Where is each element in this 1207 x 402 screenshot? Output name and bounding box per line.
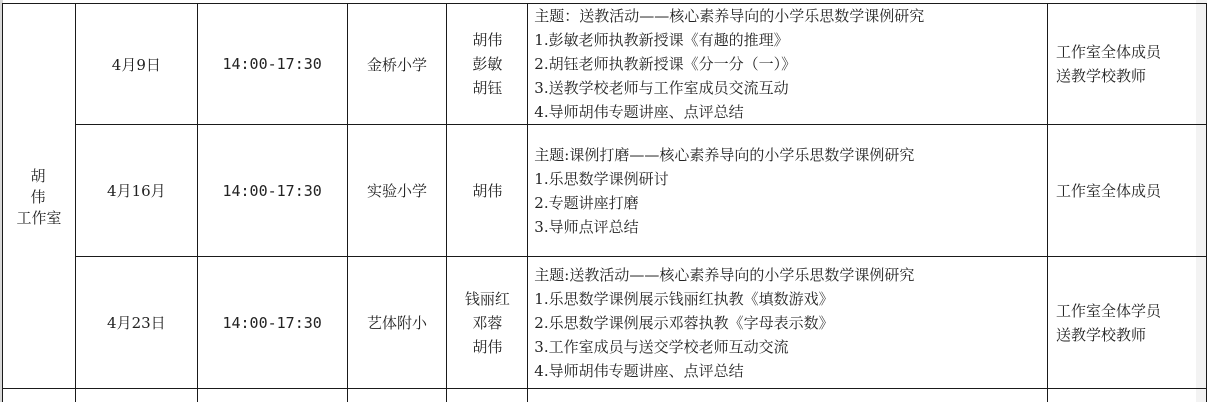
content-item: 1.乐思数学课例研讨 bbox=[534, 167, 1047, 191]
table-row: 胡伟 工作室 4月9日 14:00-17:30 金桥小学 胡伟 彭敏 胡钰 主题… bbox=[3, 4, 1207, 125]
content-cell: 主题:送教活动——核心素养导向的小学乐思数学课例研究 1.乐思数学课例展示钱丽红… bbox=[528, 257, 1048, 389]
empty-cell bbox=[3, 389, 76, 402]
venue-cell: 实验小学 bbox=[347, 125, 447, 257]
host-name: 胡钰 bbox=[447, 76, 527, 100]
content-item: 3.导师点评总结 bbox=[534, 215, 1047, 239]
host-name: 胡伟 bbox=[447, 28, 527, 52]
participant-group: 工作室全体学员 bbox=[1056, 299, 1206, 323]
studio-cell: 胡伟 工作室 bbox=[3, 4, 76, 389]
participant-group: 送教学校教师 bbox=[1056, 64, 1206, 88]
participant-group: 工作室全体成员 bbox=[1056, 179, 1206, 203]
time-cell: 14:00-17:30 bbox=[197, 257, 347, 389]
empty-cell bbox=[197, 389, 347, 402]
participant-group: 工作室全体成员 bbox=[1056, 40, 1206, 64]
participants-cell: 工作室全体成员 bbox=[1048, 125, 1207, 257]
studio-suffix: 工作室 bbox=[3, 207, 75, 228]
venue-cell: 金桥小学 bbox=[347, 4, 447, 125]
date-cell: 4月16月 bbox=[75, 125, 197, 257]
table-row: 4月16月 14:00-17:30 实验小学 胡伟 主题:课例打磨——核心素养导… bbox=[3, 125, 1207, 257]
host-name: 钱丽红 bbox=[447, 287, 527, 311]
content-item: 4.导师胡伟专题讲座、点评总结 bbox=[534, 359, 1047, 383]
empty-cell bbox=[347, 389, 447, 402]
venue-cell: 艺体附小 bbox=[347, 257, 447, 389]
host-cell: 胡伟 bbox=[447, 125, 528, 257]
content-cell: 主题:课例打磨——核心素养导向的小学乐思数学课例研究 1.乐思数学课例研讨 2.… bbox=[528, 125, 1048, 257]
empty-cell bbox=[447, 389, 528, 402]
content-cell: 主题：送教活动——核心素养导向的小学乐思数学课例研究 1.彭敏老师执教新授课《有… bbox=[528, 4, 1048, 125]
content-item: 3.工作室成员与送交学校老师互动交流 bbox=[534, 335, 1047, 359]
time-cell: 14:00-17:30 bbox=[197, 4, 347, 125]
content-theme: 主题:送教活动——核心素养导向的小学乐思数学课例研究 bbox=[534, 263, 1047, 287]
activity-schedule-table: 胡伟 工作室 4月9日 14:00-17:30 金桥小学 胡伟 彭敏 胡钰 主题… bbox=[2, 3, 1207, 402]
host-name: 彭敏 bbox=[447, 52, 527, 76]
participants-cell: 工作室全体成员 送教学校教师 bbox=[1048, 4, 1207, 125]
content-item: 1.乐思数学课例展示钱丽红执教《填数游戏》 bbox=[534, 287, 1047, 311]
host-name: 胡伟 bbox=[447, 335, 527, 359]
host-name: 胡伟 bbox=[447, 179, 527, 203]
content-theme: 主题：送教活动——核心素养导向的小学乐思数学课例研究 bbox=[534, 4, 1047, 28]
date-cell: 4月23日 bbox=[75, 257, 197, 389]
table-row-partial bbox=[3, 389, 1207, 402]
host-cell: 钱丽红 邓蓉 胡伟 bbox=[447, 257, 528, 389]
studio-name: 胡伟 bbox=[3, 165, 75, 207]
table-row: 4月23日 14:00-17:30 艺体附小 钱丽红 邓蓉 胡伟 主题:送教活动… bbox=[3, 257, 1207, 389]
content-item: 2.专题讲座打磨 bbox=[534, 191, 1047, 215]
date-cell: 4月9日 bbox=[75, 4, 197, 125]
content-item: 4.导师胡伟专题讲座、点评总结 bbox=[534, 100, 1047, 124]
empty-cell bbox=[75, 389, 197, 402]
host-name: 邓蓉 bbox=[447, 311, 527, 335]
time-cell: 14:00-17:30 bbox=[197, 125, 347, 257]
content-item: 2.胡钰老师执教新授课《分一分（一）》 bbox=[534, 52, 1047, 76]
participant-group: 送教学校教师 bbox=[1056, 323, 1206, 347]
content-item: 1.彭敏老师执教新授课《有趣的推理》 bbox=[534, 28, 1047, 52]
empty-cell bbox=[1048, 389, 1207, 402]
content-item: 2.乐思数学课例展示邓蓉执教《字母表示数》 bbox=[534, 311, 1047, 335]
host-cell: 胡伟 彭敏 胡钰 bbox=[447, 4, 528, 125]
content-theme: 主题:课例打磨——核心素养导向的小学乐思数学课例研究 bbox=[534, 143, 1047, 167]
content-item: 3.送教学校老师与工作室成员交流互动 bbox=[534, 76, 1047, 100]
empty-cell bbox=[528, 389, 1048, 402]
participants-cell: 工作室全体学员 送教学校教师 bbox=[1048, 257, 1207, 389]
